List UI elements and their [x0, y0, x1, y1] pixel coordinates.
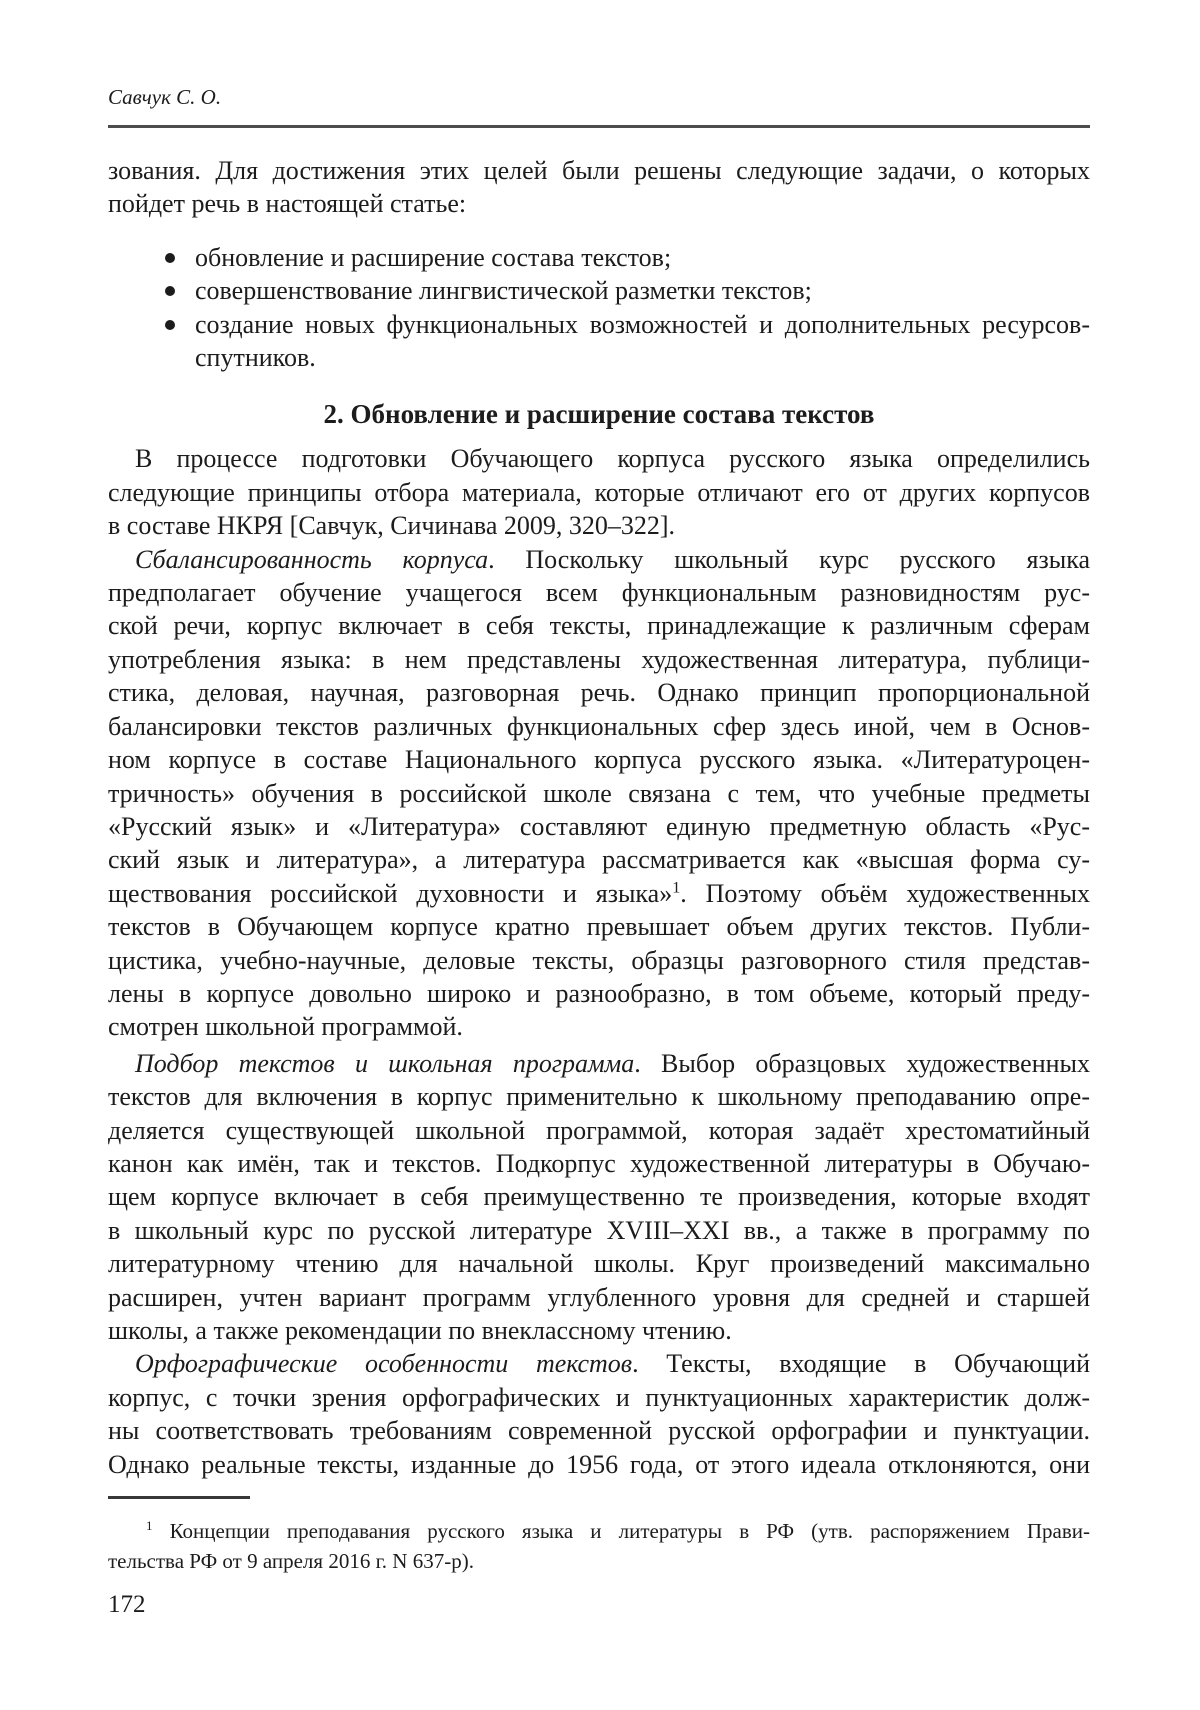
text-segment: ской речи, корпус включает в себя тексты…: [108, 611, 1090, 640]
text-segment: тричность» обучения в российской школе с…: [108, 779, 1090, 808]
list-item: обновление и расширение состава текстов;: [108, 241, 1090, 274]
text-line: в школьный курс по русской литературе XV…: [108, 1214, 1090, 1247]
text-line: расширен, учтен вариант программ углубле…: [108, 1281, 1090, 1314]
document-page: Савчук С. О. зования. Для достижения эти…: [0, 0, 1200, 1710]
text-line: корпус, с точки зрения орфографических и…: [108, 1381, 1090, 1414]
text-line: деляется существующей школьной программо…: [108, 1114, 1090, 1147]
text-segment: Концепции преподавания русского языка и …: [153, 1519, 1090, 1543]
bullet-icon: [165, 320, 175, 330]
text-line: зования. Для достижения этих целей были …: [108, 154, 1090, 187]
text-segment: ны соответствовать требованиям современн…: [108, 1416, 1090, 1445]
text-segment: обновление и расширение состава текстов;: [195, 243, 671, 272]
text-segment: в школьный курс по русской литературе XV…: [108, 1216, 1090, 1245]
text-segment: Однако реальные тексты, изданные до 1956…: [108, 1450, 1090, 1479]
text-segment: стика, деловая, научная, разговорная реч…: [108, 678, 1090, 707]
text-segment: ном корпусе в составе Национального корп…: [108, 745, 1090, 774]
text-line: ский язык и литература», а литература ра…: [108, 843, 1090, 876]
text-line: следующие принципы отбора материала, кот…: [108, 476, 1090, 509]
text-segment: расширен, учтен вариант программ углубле…: [108, 1283, 1090, 1312]
text-segment: канон как имён, так и текстов. Подкорпус…: [108, 1149, 1090, 1178]
text-segment: следующие принципы отбора материала, кот…: [108, 478, 1090, 507]
text-segment: цистика, учебно-научные, деловые тексты,…: [108, 946, 1090, 975]
text-line: текстов для включения в корпус примените…: [108, 1080, 1090, 1113]
text-line: Подбор текстов и школьная программа. Выб…: [108, 1047, 1090, 1080]
paragraph: Подбор текстов и школьная программа. Выб…: [108, 1047, 1090, 1348]
text-line: щем корпусе включает в себя преимуществе…: [108, 1180, 1090, 1213]
text-segment: смотрен школьной программой.: [108, 1012, 463, 1041]
paragraph: Сбалансированность корпуса. Поскольку шк…: [108, 543, 1090, 1044]
page-content: Савчук С. О. зования. Для достижения эти…: [108, 0, 1090, 1621]
text-line: спутников.: [195, 341, 1090, 374]
text-segment: зования. Для достижения этих целей были …: [108, 156, 1090, 185]
running-header-author: Савчук С. О.: [108, 84, 1090, 111]
paragraph: зования. Для достижения этих целей были …: [108, 154, 1090, 221]
text-segment: щем корпусе включает в себя преимуществе…: [108, 1182, 1090, 1211]
text-segment: . Выбор образцовых художественных: [634, 1049, 1090, 1078]
bullet-icon: [165, 286, 175, 296]
text-line: канон как имён, так и текстов. Подкорпус…: [108, 1147, 1090, 1180]
text-line: обновление и расширение состава текстов;: [195, 241, 1090, 274]
text-segment: в составе НКРЯ [Савчук, Сичинава 2009, 3…: [108, 511, 675, 540]
text-segment: тельства РФ от 9 апреля 2016 г. N 637-р)…: [108, 1549, 474, 1573]
text-segment: текстов для включения в корпус примените…: [108, 1082, 1090, 1111]
text-segment: корпус, с точки зрения орфографических и…: [108, 1383, 1090, 1412]
bullet-list: обновление и расширение состава текстов;…: [108, 241, 1090, 375]
text-line: ской речи, корпус включает в себя тексты…: [108, 609, 1090, 642]
page-number: 172: [108, 1589, 1090, 1621]
text-line: стика, деловая, научная, разговорная реч…: [108, 676, 1090, 709]
text-segment: литературному чтению для начальной школы…: [108, 1249, 1090, 1278]
text-segment: ществования российской духовности и язык…: [108, 879, 672, 908]
text-segment: . Поэтому объём художественных: [680, 879, 1090, 908]
text-line: предполагает обучение учащегося всем фун…: [108, 576, 1090, 609]
text-line: ном корпусе в составе Национального корп…: [108, 743, 1090, 776]
text-segment: . Поскольку школьный курс русского языка: [488, 545, 1090, 574]
section-heading: 2. Обновление и расширение состава текст…: [108, 397, 1090, 431]
text-segment: Сбалансированность корпуса: [135, 545, 488, 574]
text-segment: ский язык и литература», а литература ра…: [108, 845, 1090, 874]
header-rule: [108, 125, 1090, 128]
text-line: употребления языка: в нем представлены х…: [108, 643, 1090, 676]
text-line: лены в корпусе довольно широко и разнооб…: [108, 977, 1090, 1010]
text-line: в составе НКРЯ [Савчук, Сичинава 2009, 3…: [108, 509, 1090, 542]
text-line: создание новых функциональных возможност…: [195, 308, 1090, 341]
footnote-line: 1 Концепции преподавания русского языка …: [108, 1516, 1090, 1546]
text-segment: . Тексты, входящие в Обучающий: [632, 1349, 1090, 1378]
text-segment: школы, а также рекомендации по внеклассн…: [108, 1316, 732, 1345]
text-line: Сбалансированность корпуса. Поскольку шк…: [108, 543, 1090, 576]
text-segment: употребления языка: в нем представлены х…: [108, 645, 1090, 674]
text-line: текстов в Обучающем корпусе кратно превы…: [108, 910, 1090, 943]
text-segment: балансировки текстов различных функциона…: [108, 712, 1090, 741]
text-segment: лены в корпусе довольно широко и разнооб…: [108, 979, 1090, 1008]
footnote: 1 Концепции преподавания русского языка …: [108, 1516, 1090, 1576]
text-segment: создание новых функциональных возможност…: [195, 310, 1090, 339]
text-line: ны соответствовать требованиям современн…: [108, 1414, 1090, 1447]
text-line: пойдет речь в настоящей статье:: [108, 187, 1090, 220]
text-segment: Подбор текстов и школьная программа: [135, 1049, 634, 1078]
footnote-separator: [108, 1496, 250, 1499]
text-segment: текстов в Обучающем корпусе кратно превы…: [108, 912, 1090, 941]
text-flow: зования. Для достижения этих целей были …: [108, 154, 1090, 1481]
section-heading-text: 2. Обновление и расширение состава текст…: [324, 399, 875, 429]
text-line: цистика, учебно-научные, деловые тексты,…: [108, 944, 1090, 977]
text-segment: спутников.: [195, 343, 316, 372]
text-segment: Орфографические особенности текстов: [135, 1349, 632, 1378]
bullet-icon: [165, 253, 175, 263]
text-segment: деляется существующей школьной программо…: [108, 1116, 1090, 1145]
text-segment: В процессе подготовки Обучающего корпуса…: [135, 444, 1090, 473]
text-segment: «Русский язык» и «Литература» составляют…: [108, 812, 1090, 841]
list-item: совершенствование лингвистической размет…: [108, 274, 1090, 307]
paragraph: Орфографические особенности текстов. Тек…: [108, 1347, 1090, 1481]
text-line: школы, а также рекомендации по внеклассн…: [108, 1314, 1090, 1347]
text-line: тричность» обучения в российской школе с…: [108, 777, 1090, 810]
text-line: Орфографические особенности текстов. Тек…: [108, 1347, 1090, 1380]
text-line: совершенствование лингвистической размет…: [195, 274, 1090, 307]
footnote-line: тельства РФ от 9 апреля 2016 г. N 637-р)…: [108, 1546, 1090, 1576]
text-line: «Русский язык» и «Литература» составляют…: [108, 810, 1090, 843]
text-line: смотрен школьной программой.: [108, 1010, 1090, 1043]
paragraph: В процессе подготовки Обучающего корпуса…: [108, 442, 1090, 542]
text-segment: предполагает обучение учащегося всем фун…: [108, 578, 1090, 607]
text-line: литературному чтению для начальной школы…: [108, 1247, 1090, 1280]
text-line: ществования российской духовности и язык…: [108, 877, 1090, 910]
text-line: балансировки текстов различных функциона…: [108, 710, 1090, 743]
text-line: Однако реальные тексты, изданные до 1956…: [108, 1448, 1090, 1481]
text-segment: пойдет речь в настоящей статье:: [108, 189, 466, 218]
list-item: создание новых функциональных возможност…: [108, 308, 1090, 375]
text-segment: совершенствование лингвистической размет…: [195, 276, 812, 305]
text-line: В процессе подготовки Обучающего корпуса…: [108, 442, 1090, 475]
